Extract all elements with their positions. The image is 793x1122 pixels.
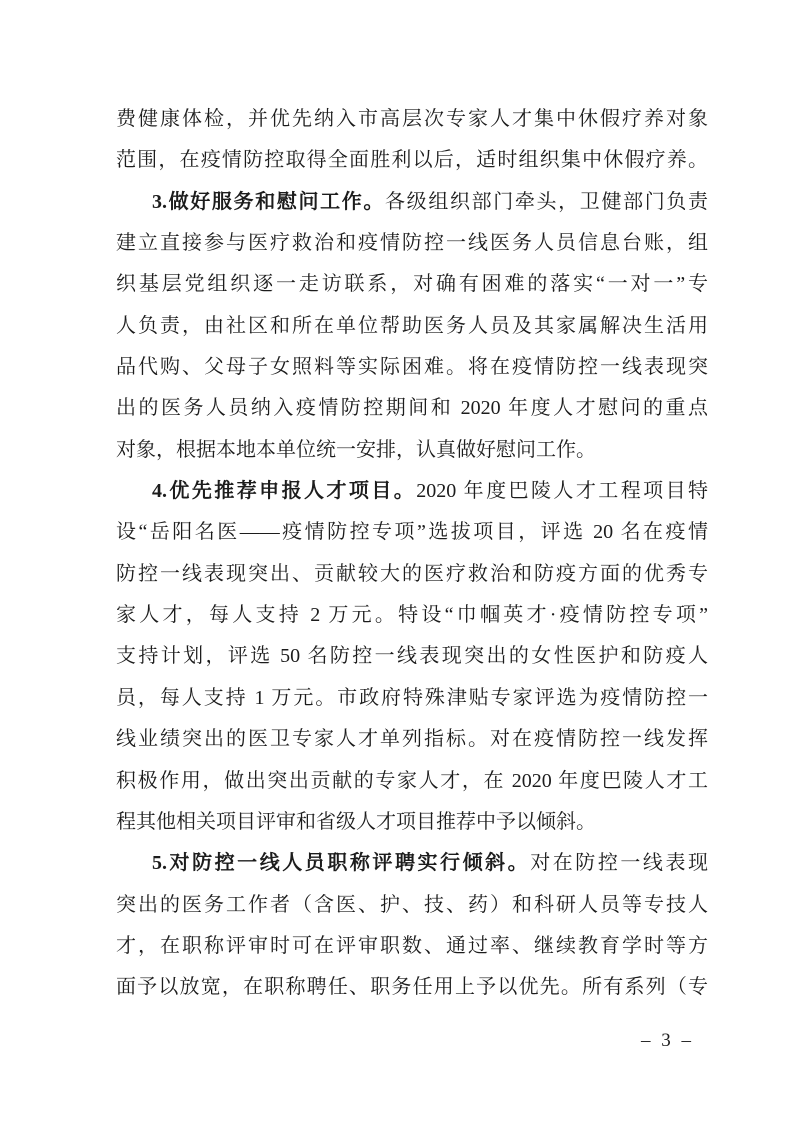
text-line: 设“岳阳名医——疫情防控专项”选拔项目，评选 20 名在疫情 xyxy=(116,512,708,553)
text-line-content: 积极作用，做出突出贡献的专家人才，在 2020 年度巴陵人才工 xyxy=(116,770,708,792)
text-line-content: 人负责，由社区和所在单位帮助医务人员及其家属解决生活用 xyxy=(116,315,708,337)
text-line: 防控一线表现突出、贡献较大的医疗救治和防疫方面的优秀专 xyxy=(116,554,708,595)
text-line: 家人才，每人支持 2 万元。特设“巾帼英才·疫情防控专项” xyxy=(116,595,708,636)
text-line-content: 建立直接参与医疗救治和疫情防控一线医务人员信息台账，组 xyxy=(116,232,708,254)
text-line: 积极作用，做出突出贡献的专家人才，在 2020 年度巴陵人才工 xyxy=(116,761,708,802)
page-number: – 3 – xyxy=(641,1029,694,1053)
text-line: 品代购、父母子女照料等实际困难。将在疫情防控一线表现突 xyxy=(116,347,708,388)
text-line-content: 设“岳阳名医——疫情防控专项”选拔项目，评选 20 名在疫情 xyxy=(116,521,708,543)
text-line-content: 2020 年度巴陵人才工程项目特 xyxy=(416,480,708,502)
paragraph-heading: 4.优先推荐申报人才项目。 xyxy=(152,480,416,502)
text-line-content: 才，在职称评审时可在评审职数、通过率、继续教育学时等方 xyxy=(116,935,708,957)
text-line-content: 对在防控一线表现 xyxy=(530,852,708,874)
text-line-content: 支持计划，评选 50 名防控一线表现突出的女性医护和防疫人 xyxy=(116,645,708,667)
text-line-content: 各级组织部门牵头，卫健部门负责 xyxy=(385,191,708,213)
text-line-content: 员，每人支持 1 万元。市政府特殊津贴专家评选为疫情防控一 xyxy=(116,687,708,709)
text-line: 才，在职称评审时可在评审职数、通过率、继续教育学时等方 xyxy=(116,926,708,967)
text-line: 费健康体检，并优先纳入市高层次专家人才集中休假疗养对象 xyxy=(116,99,708,140)
text-line: 员，每人支持 1 万元。市政府特殊津贴专家评选为疫情防控一 xyxy=(116,678,708,719)
text-line: 线业绩突出的医卫专家人才单列指标。对在疫情防控一线发挥 xyxy=(116,719,708,760)
document-body: 费健康体检，并优先纳入市高层次专家人才集中休假疗养对象 范围，在疫情防控取得全面… xyxy=(116,99,708,1009)
text-line-content: 对象，根据本地本单位统一安排，认真做好慰问工作。 xyxy=(116,439,596,461)
text-line-content: 费健康体检，并优先纳入市高层次专家人才集中休假疗养对象 xyxy=(116,108,708,130)
text-line: 对象，根据本地本单位统一安排，认真做好慰问工作。 xyxy=(116,430,708,471)
text-line-content: 家人才，每人支持 2 万元。特设“巾帼英才·疫情防控专项” xyxy=(116,604,708,626)
text-line: 面予以放宽，在职称聘任、职务任用上予以优先。所有系列（专 xyxy=(116,967,708,1008)
text-line: 4.优先推荐申报人才项目。2020 年度巴陵人才工程项目特 xyxy=(116,471,708,512)
text-line-content: 突出的医务工作者（含医、护、技、药）和科研人员等专技人 xyxy=(116,894,708,916)
text-line-content: 线业绩突出的医卫专家人才单列指标。对在疫情防控一线发挥 xyxy=(116,728,708,750)
text-line: 人负责，由社区和所在单位帮助医务人员及其家属解决生活用 xyxy=(116,306,708,347)
text-line-content: 范围，在疫情防控取得全面胜利以后，适时组织集中休假疗养。 xyxy=(116,149,708,171)
text-line-content: 防控一线表现突出、贡献较大的医疗救治和防疫方面的优秀专 xyxy=(116,563,708,585)
document-page: 费健康体检，并优先纳入市高层次专家人才集中休假疗养对象 范围，在疫情防控取得全面… xyxy=(0,0,793,1122)
paragraph-heading: 5.对防控一线人员职称评聘实行倾斜。 xyxy=(152,852,530,874)
text-line: 范围，在疫情防控取得全面胜利以后，适时组织集中休假疗养。 xyxy=(116,140,708,181)
text-line: 5.对防控一线人员职称评聘实行倾斜。对在防控一线表现 xyxy=(116,843,708,884)
text-line: 出的医务人员纳入疫情防控期间和 2020 年度人才慰问的重点 xyxy=(116,388,708,429)
text-line-content: 面予以放宽，在职称聘任、职务任用上予以优先。所有系列（专 xyxy=(116,976,708,998)
text-line: 织基层党组织逐一走访联系，对确有困难的落实“一对一”专 xyxy=(116,264,708,305)
paragraph-heading: 3.做好服务和慰问工作。 xyxy=(152,191,385,213)
text-line-content: 程其他相关项目评审和省级人才项目推荐中予以倾斜。 xyxy=(116,811,596,833)
text-line: 3.做好服务和慰问工作。各级组织部门牵头，卫健部门负责 xyxy=(116,182,708,223)
text-line: 建立直接参与医疗救治和疫情防控一线医务人员信息台账，组 xyxy=(116,223,708,264)
text-line-content: 出的医务人员纳入疫情防控期间和 2020 年度人才慰问的重点 xyxy=(116,397,708,419)
text-line: 程其他相关项目评审和省级人才项目推荐中予以倾斜。 xyxy=(116,802,708,843)
text-line: 支持计划，评选 50 名防控一线表现突出的女性医护和防疫人 xyxy=(116,636,708,677)
text-line-content: 织基层党组织逐一走访联系，对确有困难的落实“一对一”专 xyxy=(116,273,708,295)
text-line-content: 品代购、父母子女照料等实际困难。将在疫情防控一线表现突 xyxy=(116,356,708,378)
text-line: 突出的医务工作者（含医、护、技、药）和科研人员等专技人 xyxy=(116,885,708,926)
